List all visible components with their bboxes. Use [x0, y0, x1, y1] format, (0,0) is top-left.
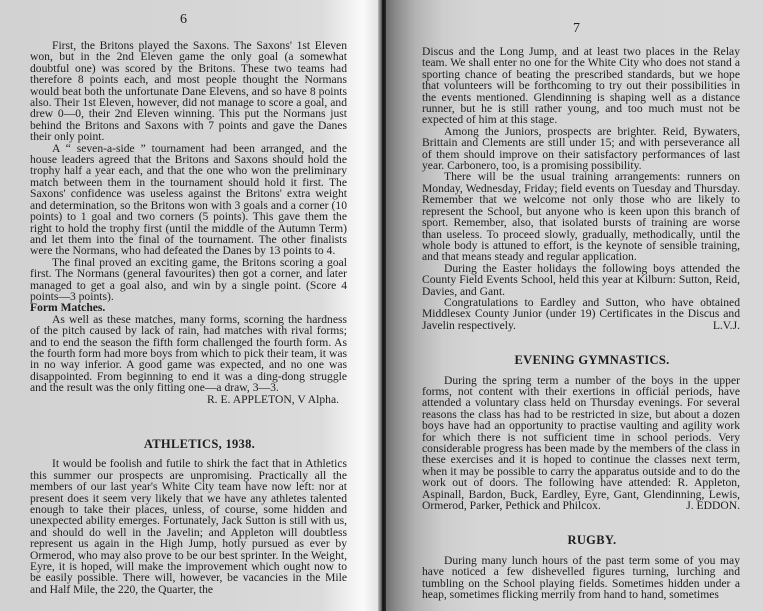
paragraph-athletics: It would be foolish and futile to shirk …: [30, 458, 347, 595]
page-number: 7: [573, 21, 580, 37]
right-page: 7 Discus and the Long Jump, and at least…: [386, 0, 763, 611]
paragraph-juniors: Among the Juniors, prospects are brighte…: [422, 126, 740, 172]
rugby-title: RUGBY.: [422, 535, 740, 546]
paragraph-congratulations: Congratulations to Eardley and Sutton, w…: [422, 297, 740, 331]
signature-appleton: R. E. APPLETON, V Alpha.: [30, 394, 347, 405]
paragraph-final: The final proved an exciting game, the B…: [30, 257, 347, 303]
signature-lvj: L.V.J.: [691, 320, 740, 331]
paragraph-rugby: During many lunch hours of the past term…: [422, 555, 740, 601]
paragraph-seven-a-side: A “ seven-a-side ” tournament had been a…: [30, 143, 347, 257]
gymnastics-text: During the spring term a number of the b…: [422, 374, 740, 512]
evening-gymnastics-title: EVENING GYMNASTICS.: [422, 355, 740, 366]
right-page-text: Discus and the Long Jump, and at least t…: [422, 46, 740, 600]
page-number: 6: [180, 12, 187, 28]
left-page-text: First, the Britons played the Saxons. Th…: [30, 40, 347, 595]
paragraph-easter-holidays: During the Easter holidays the following…: [422, 263, 740, 297]
paragraph-athletics-continued: Discus and the Long Jump, and at least t…: [422, 46, 740, 126]
athletics-title: ATHLETICS, 1938.: [30, 439, 347, 450]
book-spread: 6 First, the Britons played the Saxons. …: [0, 0, 763, 611]
signature-eddon: J. EDDON.: [664, 500, 740, 511]
paragraph-gymnastics: During the spring term a number of the b…: [422, 375, 740, 512]
left-page: 6 First, the Britons played the Saxons. …: [0, 0, 378, 611]
paragraph-form-matches: As well as these matches, many forms, sc…: [30, 314, 347, 394]
paragraph-training: There will be the usual training arrange…: [422, 171, 740, 262]
book-gutter: [378, 0, 386, 611]
paragraph-house-matches: First, the Britons played the Saxons. Th…: [30, 40, 347, 143]
